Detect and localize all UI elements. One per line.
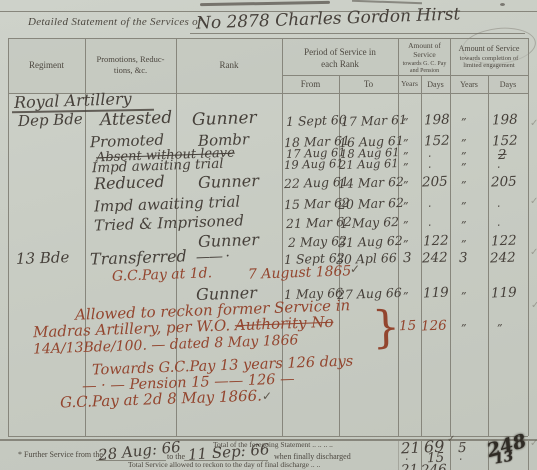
cell-years-gc: ” bbox=[403, 138, 409, 149]
cutoff-handwriting-fragment bbox=[200, 1, 330, 6]
cell-promotion: Reduced bbox=[94, 174, 165, 192]
total2-days-ltd-scrawl: 13 bbox=[493, 449, 515, 466]
regiment-heading: Royal Artillery bbox=[14, 91, 132, 111]
cell-regiment: 13 Bde bbox=[16, 250, 70, 267]
margin-check-mark: ✓ bbox=[530, 247, 537, 258]
cell-days-gc: · bbox=[428, 220, 432, 231]
cell-rank-dash: —— · bbox=[196, 249, 229, 264]
column-divider bbox=[450, 38, 451, 436]
column-divider bbox=[8, 38, 9, 436]
cell-rank: Gunner bbox=[192, 110, 257, 129]
cell-years-ltd: ” bbox=[461, 162, 467, 173]
col-header-years-gc: Years bbox=[398, 80, 421, 89]
total-service-label: Total Service allowed to reckon to the d… bbox=[128, 460, 320, 469]
check-mark: ✓ bbox=[262, 389, 272, 403]
cell-years-ltd: ” bbox=[461, 239, 467, 250]
col-header-days-gc: Days bbox=[421, 80, 450, 89]
cell-days-ltd: 122 bbox=[491, 235, 517, 249]
cell-years-ltd: ” bbox=[461, 220, 467, 231]
cell-days-ltd: 205 bbox=[491, 176, 517, 190]
cell-days-ltd: 242 bbox=[490, 252, 516, 266]
note-days-ltd: ” bbox=[497, 323, 503, 334]
cell-promotion: Attested bbox=[100, 110, 173, 130]
cell-to: 14 Mar 62 bbox=[338, 176, 404, 191]
cell-promotion: Transferred bbox=[90, 248, 187, 267]
margin-check-mark: ✓ bbox=[530, 196, 537, 207]
cell-days-gc: · bbox=[428, 162, 432, 173]
cell-days-ltd: · bbox=[497, 201, 501, 212]
cell-days-gc: 205 bbox=[422, 176, 448, 190]
cell-regiment: Dep Bde bbox=[18, 112, 83, 129]
column-divider bbox=[488, 75, 489, 436]
col-header-ltd-service: Amount of Service bbox=[450, 44, 528, 53]
col-header-regiment: Regiment bbox=[8, 60, 85, 70]
total3-days-gc: 246 bbox=[421, 464, 447, 470]
total2-years-ltd: · bbox=[459, 454, 463, 465]
note-brace: } bbox=[371, 306, 401, 351]
cell-years-ltd: ” bbox=[461, 180, 467, 191]
col-header-days-ltd: Days bbox=[488, 80, 528, 89]
cell-to: 21 Aug 61 bbox=[339, 158, 399, 172]
gcpay1-date: 7 August 1865 bbox=[248, 264, 352, 282]
cell-days-ltd: · bbox=[497, 220, 501, 231]
cell-days-gc: 119 bbox=[423, 287, 449, 301]
cell-years-ltd: ” bbox=[461, 201, 467, 212]
col-header-to: To bbox=[339, 79, 398, 89]
cell-years-ltd: ” bbox=[461, 138, 467, 149]
col-header-period-2: each Rank bbox=[282, 59, 398, 69]
cell-years-gc: ” bbox=[403, 291, 409, 302]
subheader-rule bbox=[282, 75, 528, 76]
cell-years-gc: ” bbox=[403, 201, 409, 212]
cell-years-ltd: 3 bbox=[459, 252, 468, 266]
note-line-2b-struck: Authority No bbox=[235, 313, 334, 334]
col-header-ltd-service-2: towards completion of limited engagement bbox=[450, 55, 528, 70]
col-header-promotions-2: tions, &c. bbox=[85, 66, 176, 76]
cell-days-ltd: · bbox=[497, 162, 501, 173]
cell-years-gc: ” bbox=[403, 162, 409, 173]
cell-days-gc: 198 bbox=[424, 114, 450, 128]
ink-dot bbox=[500, 3, 505, 6]
margin-check-mark: ✓ bbox=[530, 118, 537, 129]
cell-from: 19 Aug 61 bbox=[284, 158, 344, 172]
cell-days-gc: 152 bbox=[424, 135, 450, 149]
cell-years-gc: 3 bbox=[403, 252, 412, 266]
form-title: Detailed Statement of the Services of bbox=[28, 16, 201, 28]
col-header-period: Period of Service in bbox=[282, 47, 398, 57]
col-header-rank: Rank bbox=[176, 60, 282, 70]
margin-check-mark: ✓ bbox=[530, 438, 537, 449]
gcpay1-label: G.C.Pay at 1d. bbox=[112, 266, 212, 283]
further-service-label: * Further Service from the bbox=[18, 450, 103, 459]
note-days-gc: 126 bbox=[421, 320, 447, 334]
cell-days-ltd: 119 bbox=[491, 287, 517, 301]
col-header-years-ltd: Years bbox=[450, 80, 488, 89]
check-mark: ✓ bbox=[447, 434, 455, 445]
cell-years-gc: ” bbox=[403, 117, 409, 128]
col-header-gc-service-2: towards G. C. Pay and Pension bbox=[399, 61, 450, 75]
cell-days-gc: 122 bbox=[423, 235, 449, 249]
footer-column-divider bbox=[398, 439, 399, 470]
cell-days-ltd: 198 bbox=[492, 114, 518, 128]
cell-days-gc: · bbox=[428, 201, 432, 212]
cell-years-ltd: ” bbox=[461, 291, 467, 302]
cell-years-gc: ” bbox=[403, 220, 409, 231]
check-mark: ✓ bbox=[350, 262, 360, 276]
note-years-gc: 15 bbox=[399, 320, 417, 334]
note-years-ltd: ” bbox=[461, 323, 467, 334]
cell-years-gc: ” bbox=[403, 239, 409, 250]
column-divider bbox=[528, 38, 529, 436]
cell-years-gc: ” bbox=[403, 180, 409, 191]
cell-years-ltd: ” bbox=[461, 117, 467, 128]
cell-from: 1 Sept 60 bbox=[286, 114, 347, 129]
note-line-6: G.C.Pay at 2d 8 May 1866. bbox=[60, 388, 262, 410]
cell-to: 1 May 62 bbox=[340, 216, 400, 231]
service-record-sheet: Detailed Statement of the Services of No… bbox=[0, 0, 537, 470]
col-header-gc-service: Amount of Service bbox=[399, 42, 450, 59]
cell-rank: Gunner bbox=[198, 173, 259, 191]
cutoff-handwriting-fragment bbox=[352, 0, 422, 4]
cell-to: 31 Aug 62 bbox=[338, 235, 403, 250]
col-header-from: From bbox=[282, 79, 339, 89]
cell-days-gc: 242 bbox=[422, 252, 448, 266]
cell-to: 20 Mar 62 bbox=[338, 197, 404, 212]
total-years-gc: 21 bbox=[401, 441, 421, 457]
col-header-promotions: Promotions, Reduc- bbox=[85, 55, 176, 65]
cell-to: 17 Mar 61 bbox=[341, 114, 407, 129]
total3-years-gc: 21 bbox=[401, 464, 419, 470]
footer-column-divider bbox=[528, 439, 529, 470]
margin-check-mark: ✓ bbox=[531, 300, 537, 311]
cell-rank: Gunner bbox=[198, 232, 259, 250]
